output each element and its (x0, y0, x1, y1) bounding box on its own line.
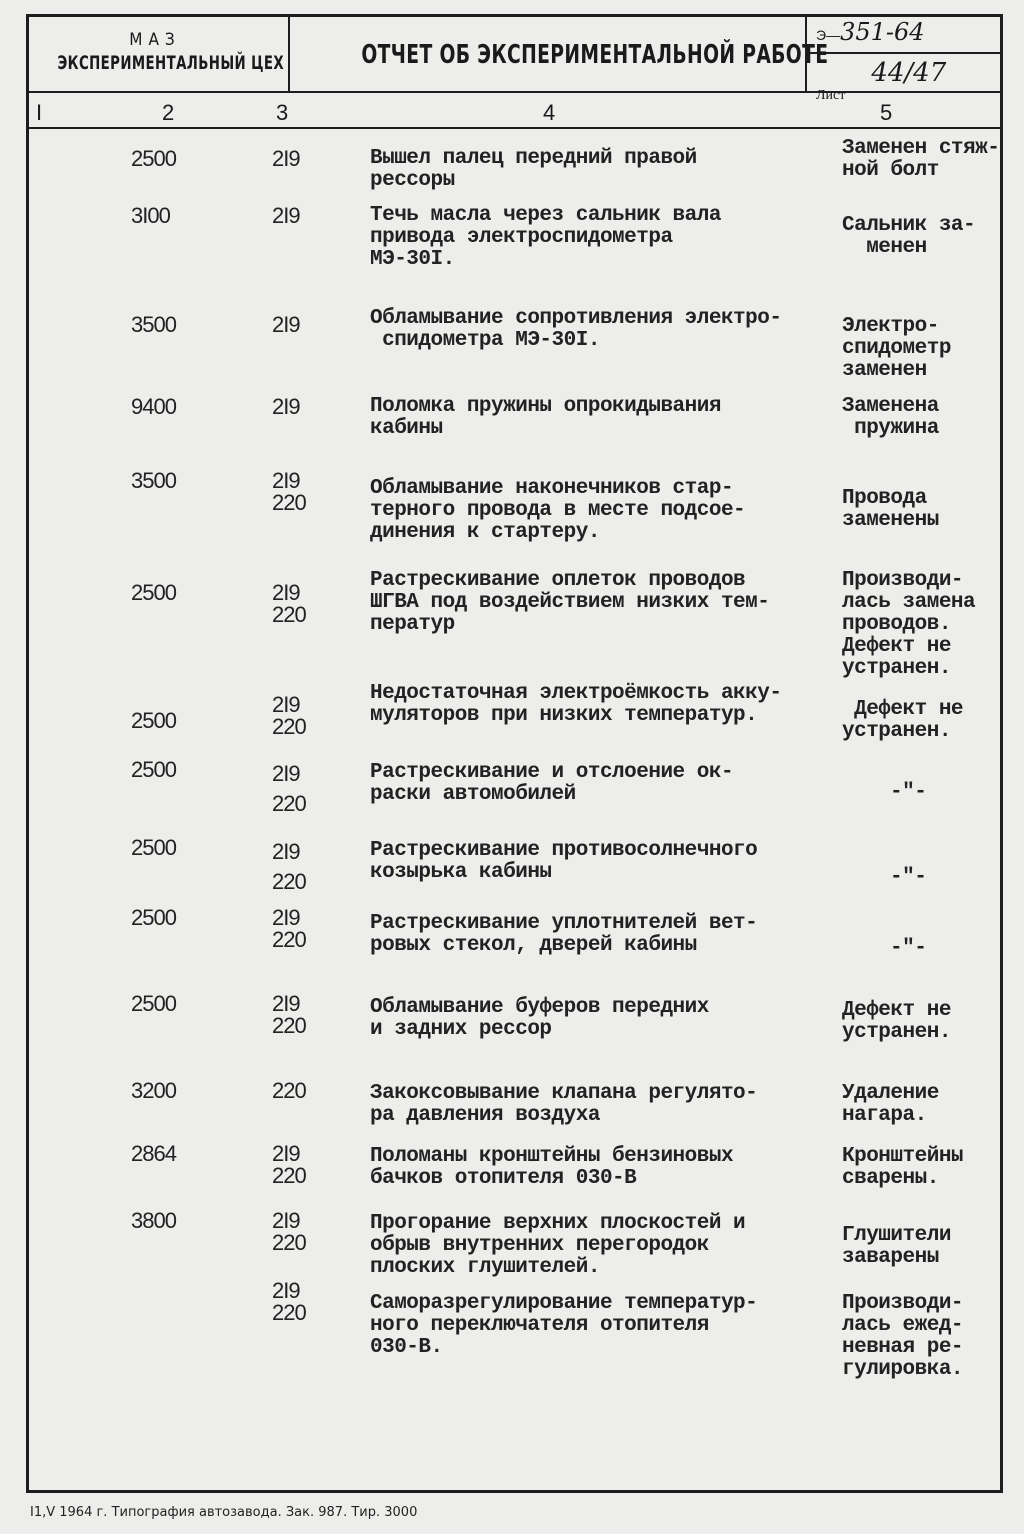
result-cell: Сальник за- менен (842, 215, 975, 259)
sheet-number: Лист44/47 (816, 58, 946, 88)
document-title: ОТЧЕТ ОБ ЭКСПЕРИМЕНТАЛЬНОЙ РАБОТЕ (361, 40, 728, 70)
column-header-bottom-line (29, 127, 1001, 129)
codes-cell: 220 (272, 1080, 306, 1102)
document-code: Э—351-64 (816, 18, 925, 46)
sheet-handwritten: 44/47 (871, 58, 946, 88)
result-cell: Производи- лась замена проводов. Дефект … (842, 570, 975, 680)
codes-cell: 2I9 220 (272, 993, 306, 1037)
column-number-3: 3 (276, 100, 288, 126)
result-cell: Дефект не устранен. (842, 699, 963, 743)
codes-cell: 2I9 (272, 314, 300, 336)
defect-description-cell: Растрескивание и отслоение ок- раски авт… (370, 762, 733, 806)
mileage-cell: 3800 (131, 1210, 176, 1232)
result-cell: Удаление нагара. (842, 1083, 939, 1127)
frame-border-bottom (26, 1490, 1003, 1493)
defect-description-cell: Обламывание наконечников стар- терного п… (370, 478, 745, 544)
mileage-cell: 2500 (131, 582, 176, 604)
mileage-cell: 2500 (131, 993, 176, 1015)
frame-border-left (26, 14, 29, 1492)
mileage-cell: 2500 (131, 710, 176, 732)
result-cell: Дефект не устранен. (842, 1000, 951, 1044)
codes-cell: 2I9 220 (272, 907, 306, 951)
defect-description-cell: Вышел палец передний правой рессоры (370, 148, 697, 192)
codes-cell: 2I9 220 (272, 759, 306, 819)
mileage-cell: 3200 (131, 1080, 176, 1102)
result-cell: -"- (890, 938, 926, 960)
result-cell: Электро- спидометр заменен (842, 316, 951, 382)
mileage-cell: 2864 (131, 1143, 176, 1165)
codes-cell: 2I9 (272, 396, 300, 418)
defect-description-cell: Течь масла через сальник вала привода эл… (370, 205, 721, 271)
organization-block: МАЗ ЭКСПЕРИМЕНТАЛЬНЫЙ ЦЕХ (30, 30, 280, 74)
defect-description-cell: Обламывание буферов передних и задних ре… (370, 997, 709, 1041)
result-cell: Кронштейны сварены. (842, 1146, 963, 1190)
column-number-5: 5 (880, 100, 892, 126)
department-name: ЭКСПЕРИМЕНТАЛЬНЫЙ ЦЕХ (58, 52, 253, 74)
header-code-divider (806, 52, 1001, 54)
header-bottom-line (29, 91, 1001, 93)
result-cell: Производи- лась ежед- невная ре- гулиров… (842, 1293, 963, 1381)
organization-name: МАЗ (30, 30, 280, 50)
mileage-cell: 3500 (131, 470, 176, 492)
mileage-cell: 2500 (131, 907, 176, 929)
codes-cell: 2I9 220 (272, 694, 306, 738)
codes-cell: 2I9 220 (272, 1210, 306, 1254)
result-cell: Заменен стяж- ной болт (842, 138, 999, 182)
defect-description-cell: Саморазрегулирование температур- ного пе… (370, 1293, 757, 1359)
codes-cell: 2I9 220 (272, 837, 306, 897)
codes-cell: 2I9 (272, 148, 300, 170)
column-number-2: 2 (162, 100, 174, 126)
defect-description-cell: Прогорание верхних плоскостей и обрыв вн… (370, 1213, 745, 1279)
codes-cell: 2I9 220 (272, 1143, 306, 1187)
result-cell: Провода заменены (842, 488, 939, 532)
defect-description-cell: Растрескивание оплеток проводов ШГВА под… (370, 570, 769, 636)
result-cell: -"- (890, 867, 926, 889)
codes-cell: 2I9 220 (272, 470, 306, 514)
frame-border-top (26, 14, 1003, 17)
defect-description-cell: Обламывание сопротивления электро- спидо… (370, 308, 781, 352)
header-divider-1 (288, 16, 290, 92)
defect-description-cell: Недостаточная электроёмкость акку- мулят… (370, 683, 781, 727)
defect-description-cell: Поломаны кронштейны бензиновых бачков от… (370, 1146, 733, 1190)
codes-cell: 2I9 (272, 205, 300, 227)
frame-border-right (1000, 14, 1003, 1492)
code-handwritten: 351-64 (840, 18, 924, 46)
print-footer: I1,V 1964 г. Типография автозавода. Зак.… (30, 1505, 417, 1520)
mileage-cell: 2500 (131, 759, 176, 781)
mileage-cell: 2500 (131, 837, 176, 859)
result-cell: -"- (890, 782, 926, 804)
mileage-cell: 3500 (131, 314, 176, 336)
mileage-cell: 9400 (131, 396, 176, 418)
defect-description-cell: Закоксовывание клапана регулято- ра давл… (370, 1083, 757, 1127)
result-cell: Глушители заварены (842, 1225, 951, 1269)
mileage-cell: 3I00 (131, 205, 170, 227)
column-number-4: 4 (543, 100, 555, 126)
defect-description-cell: Поломка пружины опрокидывания кабины (370, 396, 721, 440)
result-cell: Заменена пружина (842, 396, 939, 440)
mileage-cell: 2500 (131, 148, 176, 170)
codes-cell: 2I9 220 (272, 1280, 306, 1324)
defect-description-cell: Растрескивание уплотнителей вет- ровых с… (370, 913, 757, 957)
defect-description-cell: Растрескивание противосолнечного козырьк… (370, 840, 757, 884)
sheet-label: Лист (816, 88, 845, 103)
code-prefix: Э— (816, 27, 840, 43)
codes-cell: 2I9 220 (272, 582, 306, 626)
column-number-1: I (36, 100, 42, 126)
